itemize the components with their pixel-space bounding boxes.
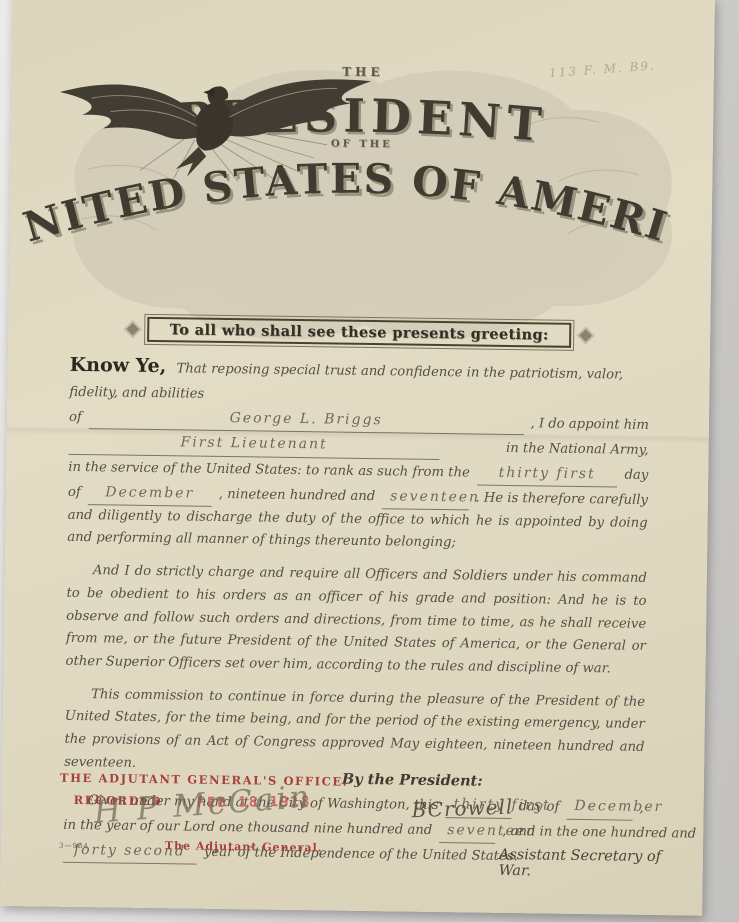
year-blank: seventeen	[382, 484, 469, 510]
secretary-of-war-signature: BCrowell	[411, 794, 514, 822]
nineteen-hundred-text: , nineteen hundred and	[219, 484, 376, 509]
paragraph-commission: This commission to continue in force dur…	[64, 683, 645, 782]
day-label: day	[624, 464, 648, 487]
by-the-president-label: By the President:	[342, 771, 682, 793]
president-signature-block: By the President: BCrowell Assistant Sec…	[341, 771, 682, 882]
document-paper: 113 F. M. B9. THE	[0, 0, 715, 916]
eagle-engraving-icon	[38, 48, 390, 185]
assistant-secretary-title: Assistant Secretary of War.	[499, 847, 681, 882]
greeting-banner: To all who shall see these presents gree…	[128, 314, 590, 350]
greeting-banner-text: To all who shall see these presents gree…	[147, 316, 571, 347]
banner-ornament-left-icon	[126, 322, 139, 335]
know-ye-label: Know Ye,	[70, 354, 173, 377]
month-blank: December	[88, 480, 212, 507]
p1-tail-text: and diligently to discharge the duty of …	[67, 505, 648, 558]
photo-background: 113 F. M. B9. THE	[0, 0, 739, 922]
masthead-engraving: THE PRESIDENT PRESIDENT OF THE	[36, 48, 686, 357]
adjutant-general-signature: H P McCain	[93, 779, 314, 831]
he-is-text: . He is therefore carefully	[475, 487, 648, 512]
appoint-him-text: , I do appoint him	[530, 413, 649, 437]
adjutant-general-title: The Adjutant General.	[165, 839, 323, 854]
paragraph-charge: And I do strictly charge and require all…	[65, 560, 647, 682]
of-label: of	[69, 407, 82, 430]
adjutant-general-office-block: THE ADJUTANT GENERAL'S OFFICE. RECORDED …	[59, 771, 360, 855]
day-blank: thirty first	[477, 460, 618, 487]
rank-blank: First Lieutenant	[68, 429, 439, 459]
know-ye-line: Know Ye, That reposing special trust and…	[69, 349, 650, 412]
of2-label: of	[68, 482, 81, 505]
in-army-text: in the National Army,	[506, 438, 649, 463]
form-number: 3—964	[59, 842, 89, 850]
